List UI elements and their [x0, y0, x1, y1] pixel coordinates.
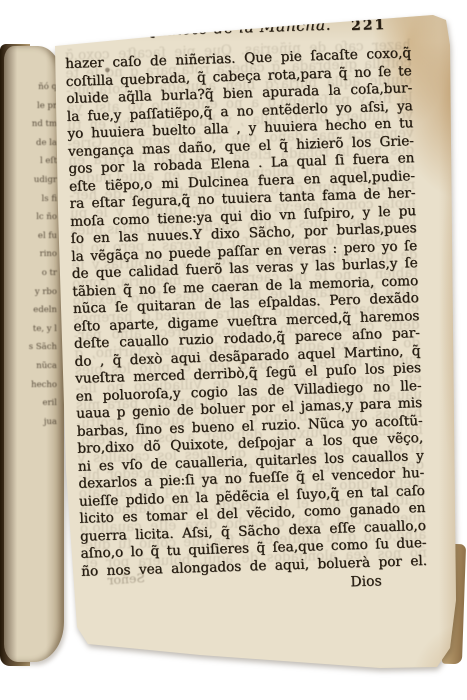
catchword: Dios — [350, 573, 382, 590]
page-number: 221 — [351, 14, 387, 34]
bleedthrough-word: Señor — [107, 570, 145, 587]
book-photograph: ñó qle prnd tmde lal eſtudigrls filc ñoe… — [0, 0, 467, 700]
catchword-row: Señor Dios — [82, 572, 428, 603]
page-text: hazer caſo de niñerias. Que pie ſacaſte … — [65, 45, 427, 581]
book-page: Quixote de la Mancha. 221 hazer caſo de … — [0, 0, 467, 700]
page-wrapper: Quixote de la Mancha. 221 hazer caſo de … — [0, 0, 467, 700]
page-content: Quixote de la Mancha. 221 hazer caſo de … — [64, 13, 428, 603]
running-header: Quixote de la Mancha. 221 — [64, 13, 411, 50]
page-body: hazer caſo de niñerias. Que pie ſacaſte … — [65, 45, 427, 581]
